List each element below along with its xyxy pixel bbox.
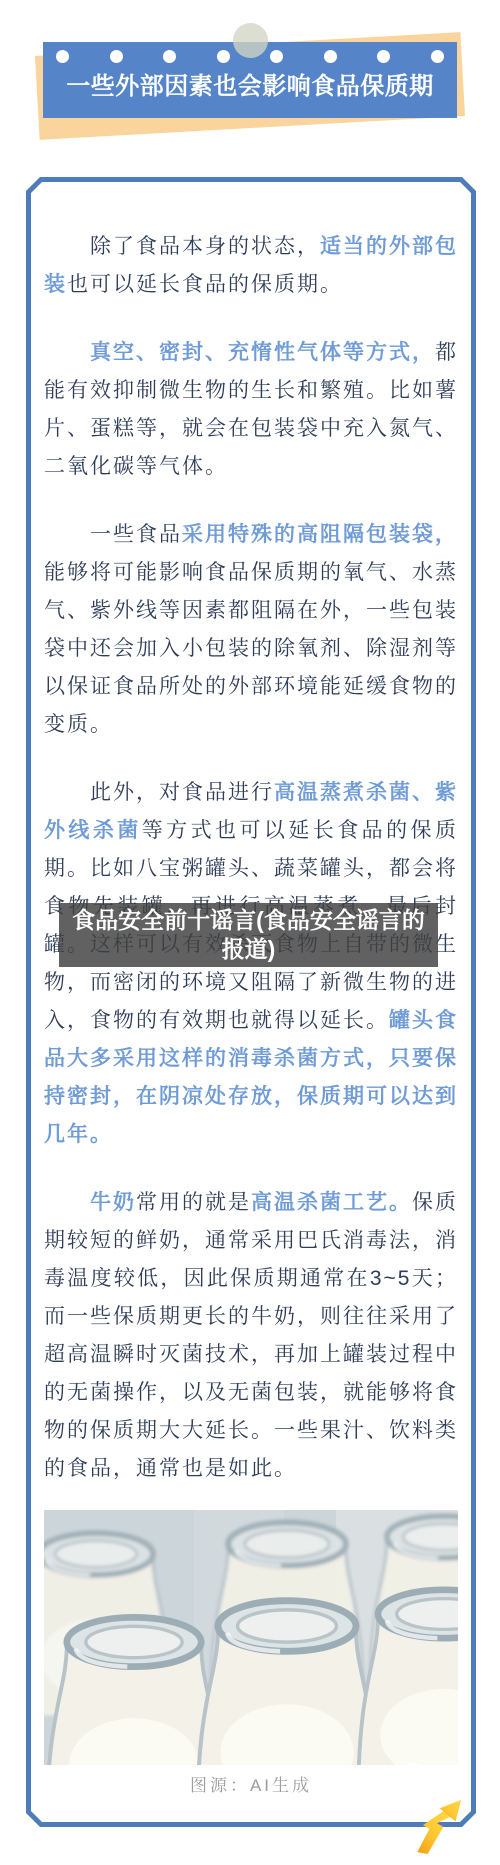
grey-circle-decoration bbox=[233, 23, 268, 58]
article-card-border: 除了食品本身的状态，适当的外部包装也可以延长食品的保质期。真空、密封、充惰性气体… bbox=[26, 177, 476, 1827]
image-credit: 图源：AI生成 bbox=[44, 1774, 458, 1798]
body-text: 保质期较短的鲜奶，通常采用巴氏消毒法，消毒温度较低，因此保质期通常在3~5天；而… bbox=[44, 1191, 458, 1480]
article-paragraph: 除了食品本身的状态，适当的外部包装也可以延长食品的保质期。 bbox=[44, 228, 458, 304]
article-paragraph: 真空、密封、充惰性气体等方式，都能有效抑制微生物的生长和繁殖。比如薯片、蛋糕等，… bbox=[44, 334, 458, 486]
body-text: 也可以延长食品的保质期。 bbox=[67, 273, 343, 296]
body-text: 除了食品本身的状态， bbox=[90, 235, 320, 258]
highlighted-text: 牛奶 bbox=[90, 1191, 136, 1214]
banner-dot bbox=[56, 50, 69, 63]
banner-dot bbox=[217, 50, 230, 63]
overlay-title: 食品安全前十谣言(食品安全谣言的报道) bbox=[67, 906, 430, 964]
highlighted-text: 高温杀菌工艺。 bbox=[251, 1191, 412, 1214]
page-root: { "header": { "title": "一些外部因素也会影响食品保质期"… bbox=[0, 0, 500, 1865]
body-text: 一些食品 bbox=[90, 523, 182, 546]
milk-bottles-figure: 图源：AI生成 bbox=[44, 1510, 458, 1798]
banner-dot bbox=[270, 50, 283, 63]
banner-dot bbox=[163, 50, 176, 63]
milk-bottles-photo bbox=[44, 1510, 458, 1765]
body-text: 能够将可能影响食品保质期的氧气、水蒸气、紫外线等因素都阻隔在外，一些包装袋中还会… bbox=[44, 561, 458, 736]
highlighted-text: 真空、密封、充惰性气体等方式， bbox=[90, 341, 435, 364]
article-paragraph: 牛奶常用的就是高温杀菌工艺。保质期较短的鲜奶，通常采用巴氏消毒法，消毒温度较低，… bbox=[44, 1184, 458, 1488]
header: 一些外部因素也会影响食品保质期 bbox=[0, 0, 500, 160]
page-title: 一些外部因素也会影响食品保质期 bbox=[43, 72, 457, 102]
lightning-arrow-icon bbox=[408, 1797, 464, 1855]
body-text: 常用的就是 bbox=[136, 1191, 251, 1214]
overlay-title-bar: 食品安全前十谣言(食品安全谣言的报道) bbox=[59, 903, 438, 967]
banner-dot bbox=[324, 50, 337, 63]
body-text: 此外，对食品进行 bbox=[90, 781, 274, 804]
banner-dot bbox=[431, 50, 444, 63]
article-card: 除了食品本身的状态，适当的外部包装也可以延长食品的保质期。真空、密封、充惰性气体… bbox=[31, 182, 471, 1822]
highlighted-text: 采用特殊的高阻隔包装袋， bbox=[182, 523, 458, 546]
article-paragraph: 一些食品采用特殊的高阻隔包装袋，能够将可能影响食品保质期的氧气、水蒸气、紫外线等… bbox=[44, 516, 458, 744]
banner-dot bbox=[377, 50, 390, 63]
banner-dot bbox=[110, 50, 123, 63]
article-body: 除了食品本身的状态，适当的外部包装也可以延长食品的保质期。真空、密封、充惰性气体… bbox=[44, 228, 458, 1488]
